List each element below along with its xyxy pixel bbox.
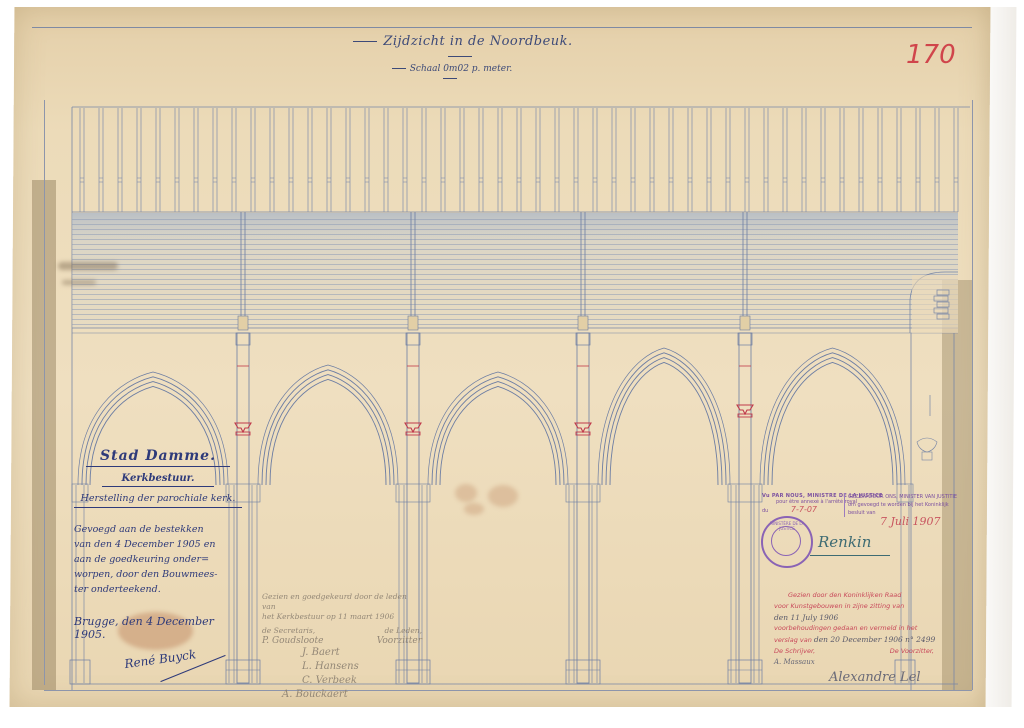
- stamp-header: GEZIEN DOOR ONS, MINISTER VAN JUSTITIE: [848, 493, 957, 501]
- members-label: de Leden,: [385, 626, 423, 636]
- annex-line: worpen, door den Bouwmees-: [74, 567, 242, 582]
- ministry-stamp-dutch: GEZIEN DOOR ONS, MINISTER VAN JUSTITIE o…: [844, 493, 957, 517]
- corbel-detail: [917, 438, 937, 460]
- annex-line: ter onderteekend.: [74, 582, 242, 597]
- approval-line: Gezien en goedgekeurd door de leden van: [262, 592, 422, 612]
- chairman-signature: Alexandre Lel: [829, 672, 954, 683]
- approval-line: voor Kunstgebouwen in zijne zitting van: [774, 601, 954, 612]
- approval-line: voorbehoudingen gedaan en vermeld in het: [774, 623, 954, 634]
- project-title: Herstelling der parochiale kerk.: [74, 493, 242, 508]
- stamp-prefix: du: [762, 508, 768, 514]
- member-signature: A. Bouckaert: [282, 688, 422, 702]
- approval-date: den 11 July 1906: [774, 612, 954, 623]
- ink-smudge: [58, 262, 118, 270]
- title-cartouche: Stad Damme. Kerkbestuur. Herstelling der…: [74, 448, 242, 663]
- member-signature: C. Verbeek: [302, 674, 422, 688]
- church-board-approval: Gezien en goedgekeurd door de leden van …: [262, 592, 422, 702]
- secretary-signature: A. Massaux: [774, 657, 954, 668]
- signature-underline: [810, 555, 890, 556]
- report-reference: den 20 December 1906 n° 2499: [814, 635, 935, 644]
- ministry-seal: MINISTÈRE DE LA JUSTICE: [761, 516, 813, 568]
- approval-line: Gezien door den Koninklijken Raad: [774, 590, 954, 601]
- minister-signature: Renkin: [818, 533, 871, 551]
- water-stain: [488, 485, 518, 507]
- stamp-date-dutch: 7 Juli 1907: [880, 515, 941, 528]
- annex-line: van den 4 December 1905 en: [74, 537, 242, 552]
- water-stain: [464, 503, 484, 515]
- seal-emblem-icon: [771, 526, 801, 556]
- stamp-date: 7-7-07: [791, 505, 817, 514]
- member-signature: L. Hansens: [302, 660, 422, 674]
- annex-statement: Gevoegd aan de bestekken van den 4 Decem…: [74, 522, 242, 597]
- secretary-signature: P. Goudsloote: [262, 636, 323, 646]
- chairman-label: Voorzitter: [377, 636, 422, 646]
- member-signature: J. Baert: [302, 646, 422, 660]
- annex-line: Gevoegd aan de bestekken: [74, 522, 242, 537]
- water-stain: [455, 484, 477, 502]
- royal-commission-approval: Gezien door den Koninklijken Raad voor K…: [774, 590, 954, 683]
- place-and-date: Brugge, den 4 December 1905.: [74, 615, 242, 641]
- chairman-label: De Voorzitter,: [890, 646, 934, 657]
- ink-smudge: [62, 280, 96, 285]
- secretary-label: De Schrijver,: [774, 646, 815, 657]
- city-name: Stad Damme.: [86, 448, 230, 467]
- annex-line: aan de goedkeuring onder=: [74, 552, 242, 567]
- secretary-label: de Secretaris,: [262, 626, 315, 636]
- approval-line: verslag van: [774, 636, 812, 644]
- church-board: Kerkbestuur.: [102, 473, 214, 487]
- approval-line: het Kerkbestuur op 11 maart 1906: [262, 612, 422, 622]
- stamp-subline: om gevoegd te worden bij het Koninklijk: [848, 501, 957, 509]
